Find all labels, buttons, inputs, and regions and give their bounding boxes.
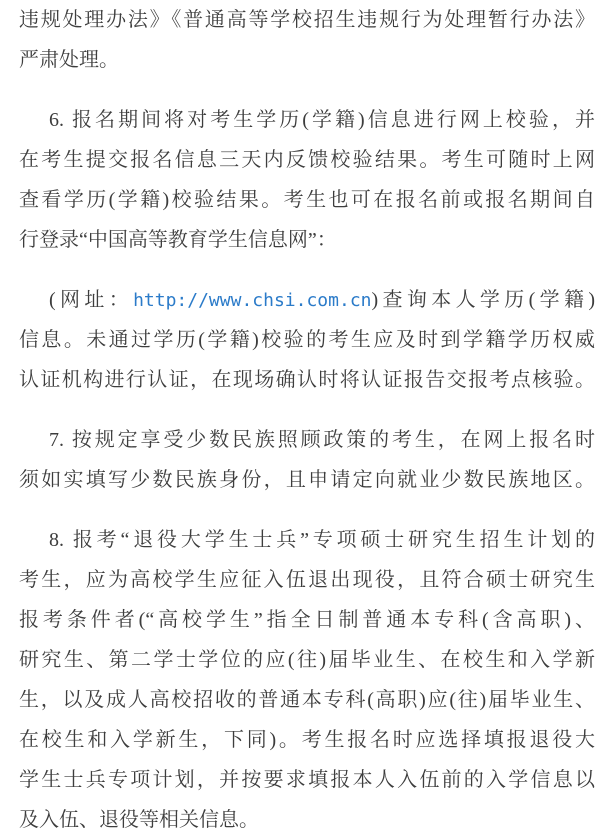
text-segment: )查询本人学历(学籍) (372, 289, 596, 311)
text-segment: (网址： (49, 289, 133, 311)
text-segment: 在考生提交报名信息三天内反馈校验结果。考生可随时上网 (19, 149, 595, 171)
text-segment: 报考条件者(“高校学生”指全日制普通本专科(含高职)、 (19, 609, 595, 631)
text-segment: 认证机构进行认证，在现场确认时将认证报告交报考点核验。 (19, 369, 595, 391)
text-line: 研究生、第二学士学位的应(往)届毕业生、在校生和入学新 (19, 640, 595, 680)
text-segment: 信息。未通过学历(学籍)校验的考生应及时到学籍学历权威 (19, 329, 595, 351)
text-line: 行登录“中国高等教育学生信息网”： (19, 220, 595, 260)
text-line: 学生士兵专项计划，并按要求填报本人入伍前的入学信息以 (19, 760, 595, 800)
text-segment: 考生，应为高校学生应征入伍退出现役，且符合硕士研究生 (19, 569, 595, 591)
text-segment: 及入伍、退役等相关信息。 (19, 809, 259, 831)
text-segment: 违规处理办法》《普通高等学校招生违规行为处理暂行办法》 (19, 9, 595, 31)
text-segment: 严肃处理。 (19, 49, 119, 71)
text-line: 信息。未通过学历(学籍)校验的考生应及时到学籍学历权威 (19, 320, 595, 360)
text-line: 报考条件者(“高校学生”指全日制普通本专科(含高职)、 (19, 600, 595, 640)
chsi-url-link[interactable]: http://www.chsi.com.cn (133, 290, 371, 311)
text-line: 生，以及成人高校招收的普通本专科(高职)应(往)届毕业生、 (19, 680, 595, 720)
text-line: 查看学历(学籍)校验结果。考生也可在报名前或报名期间自 (19, 180, 595, 220)
text-segment: 生，以及成人高校招收的普通本专科(高职)应(往)届毕业生、 (19, 689, 595, 711)
text-line: 在考生提交报名信息三天内反馈校验结果。考生可随时上网 (19, 140, 595, 180)
document-page: 违规处理办法》《普通高等学校招生违规行为处理暂行办法》严肃处理。6. 报名期间将… (0, 0, 613, 840)
text-line: 及入伍、退役等相关信息。 (19, 800, 595, 840)
text-segment: 在校生和入学新生，下同)。考生报名时应选择填报退役大 (19, 729, 595, 751)
paragraph: 违规处理办法》《普通高等学校招生违规行为处理暂行办法》严肃处理。 (19, 0, 595, 80)
paragraph: 8. 报考“退役大学生士兵”专项硕士研究生招生计划的考生，应为高校学生应征入伍退… (19, 520, 595, 840)
text-segment: 行登录“中国高等教育学生信息网”： (19, 229, 337, 251)
text-segment: 8. 报考“退役大学生士兵”专项硕士研究生招生计划的 (49, 529, 595, 551)
text-segment: 7. 按规定享受少数民族照顾政策的考生，在网上报名时 (49, 429, 595, 451)
text-line: 违规处理办法》《普通高等学校招生违规行为处理暂行办法》 (19, 0, 595, 40)
text-segment: 查看学历(学籍)校验结果。考生也可在报名前或报名期间自 (19, 189, 595, 211)
paragraph: 6. 报名期间将对考生学历(学籍)信息进行网上校验，并在考生提交报名信息三天内反… (19, 100, 595, 260)
text-segment: 研究生、第二学士学位的应(往)届毕业生、在校生和入学新 (19, 649, 595, 671)
text-line: 6. 报名期间将对考生学历(学籍)信息进行网上校验，并 (19, 100, 595, 140)
text-line: 8. 报考“退役大学生士兵”专项硕士研究生招生计划的 (19, 520, 595, 560)
text-line: 须如实填写少数民族身份，且申请定向就业少数民族地区。 (19, 460, 595, 500)
text-segment: 须如实填写少数民族身份，且申请定向就业少数民族地区。 (19, 469, 595, 491)
text-line: 考生，应为高校学生应征入伍退出现役，且符合硕士研究生 (19, 560, 595, 600)
text-line: 7. 按规定享受少数民族照顾政策的考生，在网上报名时 (19, 420, 595, 460)
text-segment: 6. 报名期间将对考生学历(学籍)信息进行网上校验，并 (49, 109, 595, 131)
paragraph: (网址：http://www.chsi.com.cn)查询本人学历(学籍)信息。… (19, 280, 595, 400)
text-line: 认证机构进行认证，在现场确认时将认证报告交报考点核验。 (19, 360, 595, 400)
text-segment: 学生士兵专项计划，并按要求填报本人入伍前的入学信息以 (19, 769, 595, 791)
text-line: (网址：http://www.chsi.com.cn)查询本人学历(学籍) (19, 280, 595, 320)
paragraph: 7. 按规定享受少数民族照顾政策的考生，在网上报名时须如实填写少数民族身份，且申… (19, 420, 595, 500)
text-line: 在校生和入学新生，下同)。考生报名时应选择填报退役大 (19, 720, 595, 760)
text-line: 严肃处理。 (19, 40, 595, 80)
document-body: 违规处理办法》《普通高等学校招生违规行为处理暂行办法》严肃处理。6. 报名期间将… (19, 0, 595, 840)
